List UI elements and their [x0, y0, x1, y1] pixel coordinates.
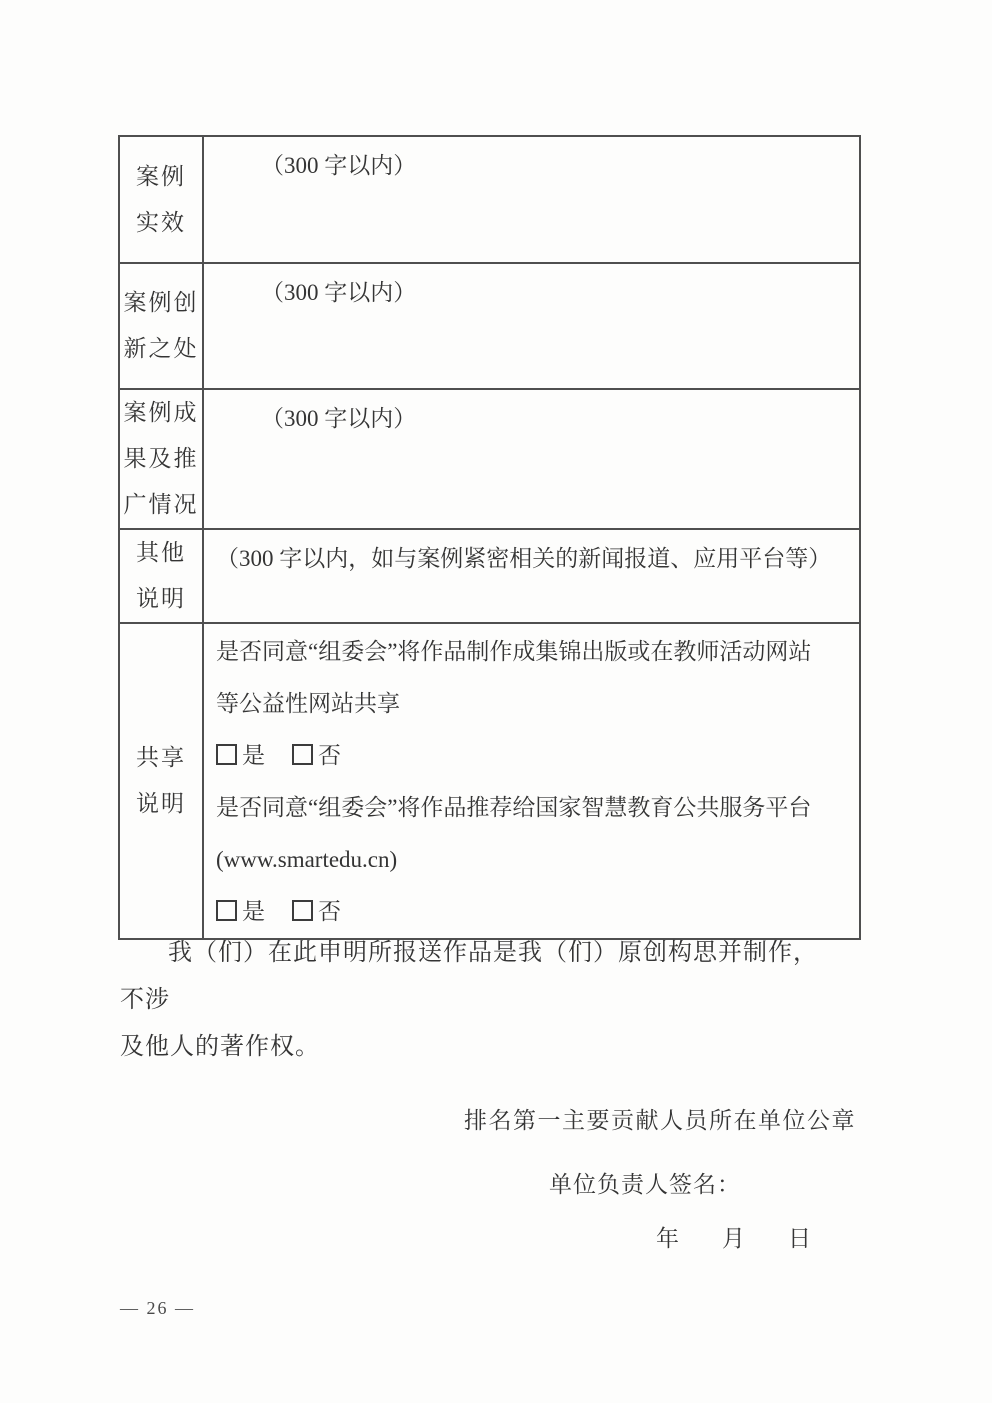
- sharing-question2-line1: 是否同意“组委会”将作品推荐给国家智慧教育公共服务平台: [216, 782, 847, 834]
- row-label-case-effect: 案例 实效: [119, 136, 203, 263]
- cell-case-effect-placeholder: （300 字以内）: [203, 136, 860, 263]
- unit-leader-signature-line: 单位负责人签名：: [549, 1166, 741, 1199]
- date-line: 年 月 日: [656, 1220, 811, 1253]
- row-label-sharing-notes: 共享 说明: [119, 623, 203, 939]
- cell-case-innovation-placeholder: （300 字以内）: [203, 263, 860, 389]
- cell-other-notes-placeholder: （300 字以内，如与案例紧密相关的新闻报道、应用平台等）: [203, 529, 860, 623]
- table-row-case-effect: 案例 实效 （300 字以内）: [119, 136, 860, 263]
- document-page: 案例 实效 （300 字以内） 案例创 新之处 （300 字以内） 案例成 果及…: [0, 0, 992, 1403]
- date-day-label: 日: [788, 1220, 811, 1253]
- checkbox-no-2[interactable]: [292, 900, 313, 921]
- originality-declaration: 我（们）在此申明所报送作品是我（们）原创构思并制作，不涉 及他人的著作权。: [120, 930, 836, 1071]
- date-month-label: 月: [722, 1220, 745, 1253]
- checkbox-yes-2[interactable]: [216, 900, 237, 921]
- table-row-other-notes: 其他 说明 （300 字以内，如与案例紧密相关的新闻报道、应用平台等）: [119, 529, 860, 623]
- question1-option-yes[interactable]: 是: [216, 730, 265, 782]
- table-row-case-innovation: 案例创 新之处 （300 字以内）: [119, 263, 860, 389]
- checkbox-yes-2-label: 是: [242, 899, 265, 924]
- checkbox-no-1[interactable]: [292, 744, 313, 765]
- table-row-sharing-notes: 共享 说明 是否同意“组委会”将作品制作成集锦出版或在教师活动网站 等公益性网站…: [119, 623, 860, 939]
- cell-case-results-placeholder: （300 字以内）: [203, 389, 860, 529]
- checkbox-yes-1-label: 是: [242, 743, 265, 768]
- sharing-question2-line2: (www.smartedu.cn): [216, 834, 847, 886]
- row-label-other-notes: 其他 说明: [119, 529, 203, 623]
- checkbox-yes-1[interactable]: [216, 744, 237, 765]
- row-label-case-innovation: 案例创 新之处: [119, 263, 203, 389]
- sharing-question1-line1: 是否同意“组委会”将作品制作成集锦出版或在教师活动网站: [216, 626, 847, 678]
- page-number: — 26 —: [120, 1298, 195, 1319]
- checkbox-no-1-label: 否: [318, 743, 341, 768]
- sharing-question1-options: 是否: [216, 730, 847, 782]
- date-year-label: 年: [656, 1220, 679, 1253]
- question1-option-no[interactable]: 否: [292, 730, 341, 782]
- case-submission-table: 案例 实效 （300 字以内） 案例创 新之处 （300 字以内） 案例成 果及…: [118, 135, 861, 940]
- checkbox-no-2-label: 否: [318, 899, 341, 924]
- unit-seal-line: 排名第一主要贡献人员所在单位公章: [464, 1102, 856, 1135]
- sharing-question1-line2: 等公益性网站共享: [216, 678, 847, 730]
- cell-sharing-notes: 是否同意“组委会”将作品制作成集锦出版或在教师活动网站 等公益性网站共享 是否 …: [203, 623, 860, 939]
- table-row-case-results: 案例成 果及推 广情况 （300 字以内）: [119, 389, 860, 529]
- row-label-case-results: 案例成 果及推 广情况: [119, 389, 203, 529]
